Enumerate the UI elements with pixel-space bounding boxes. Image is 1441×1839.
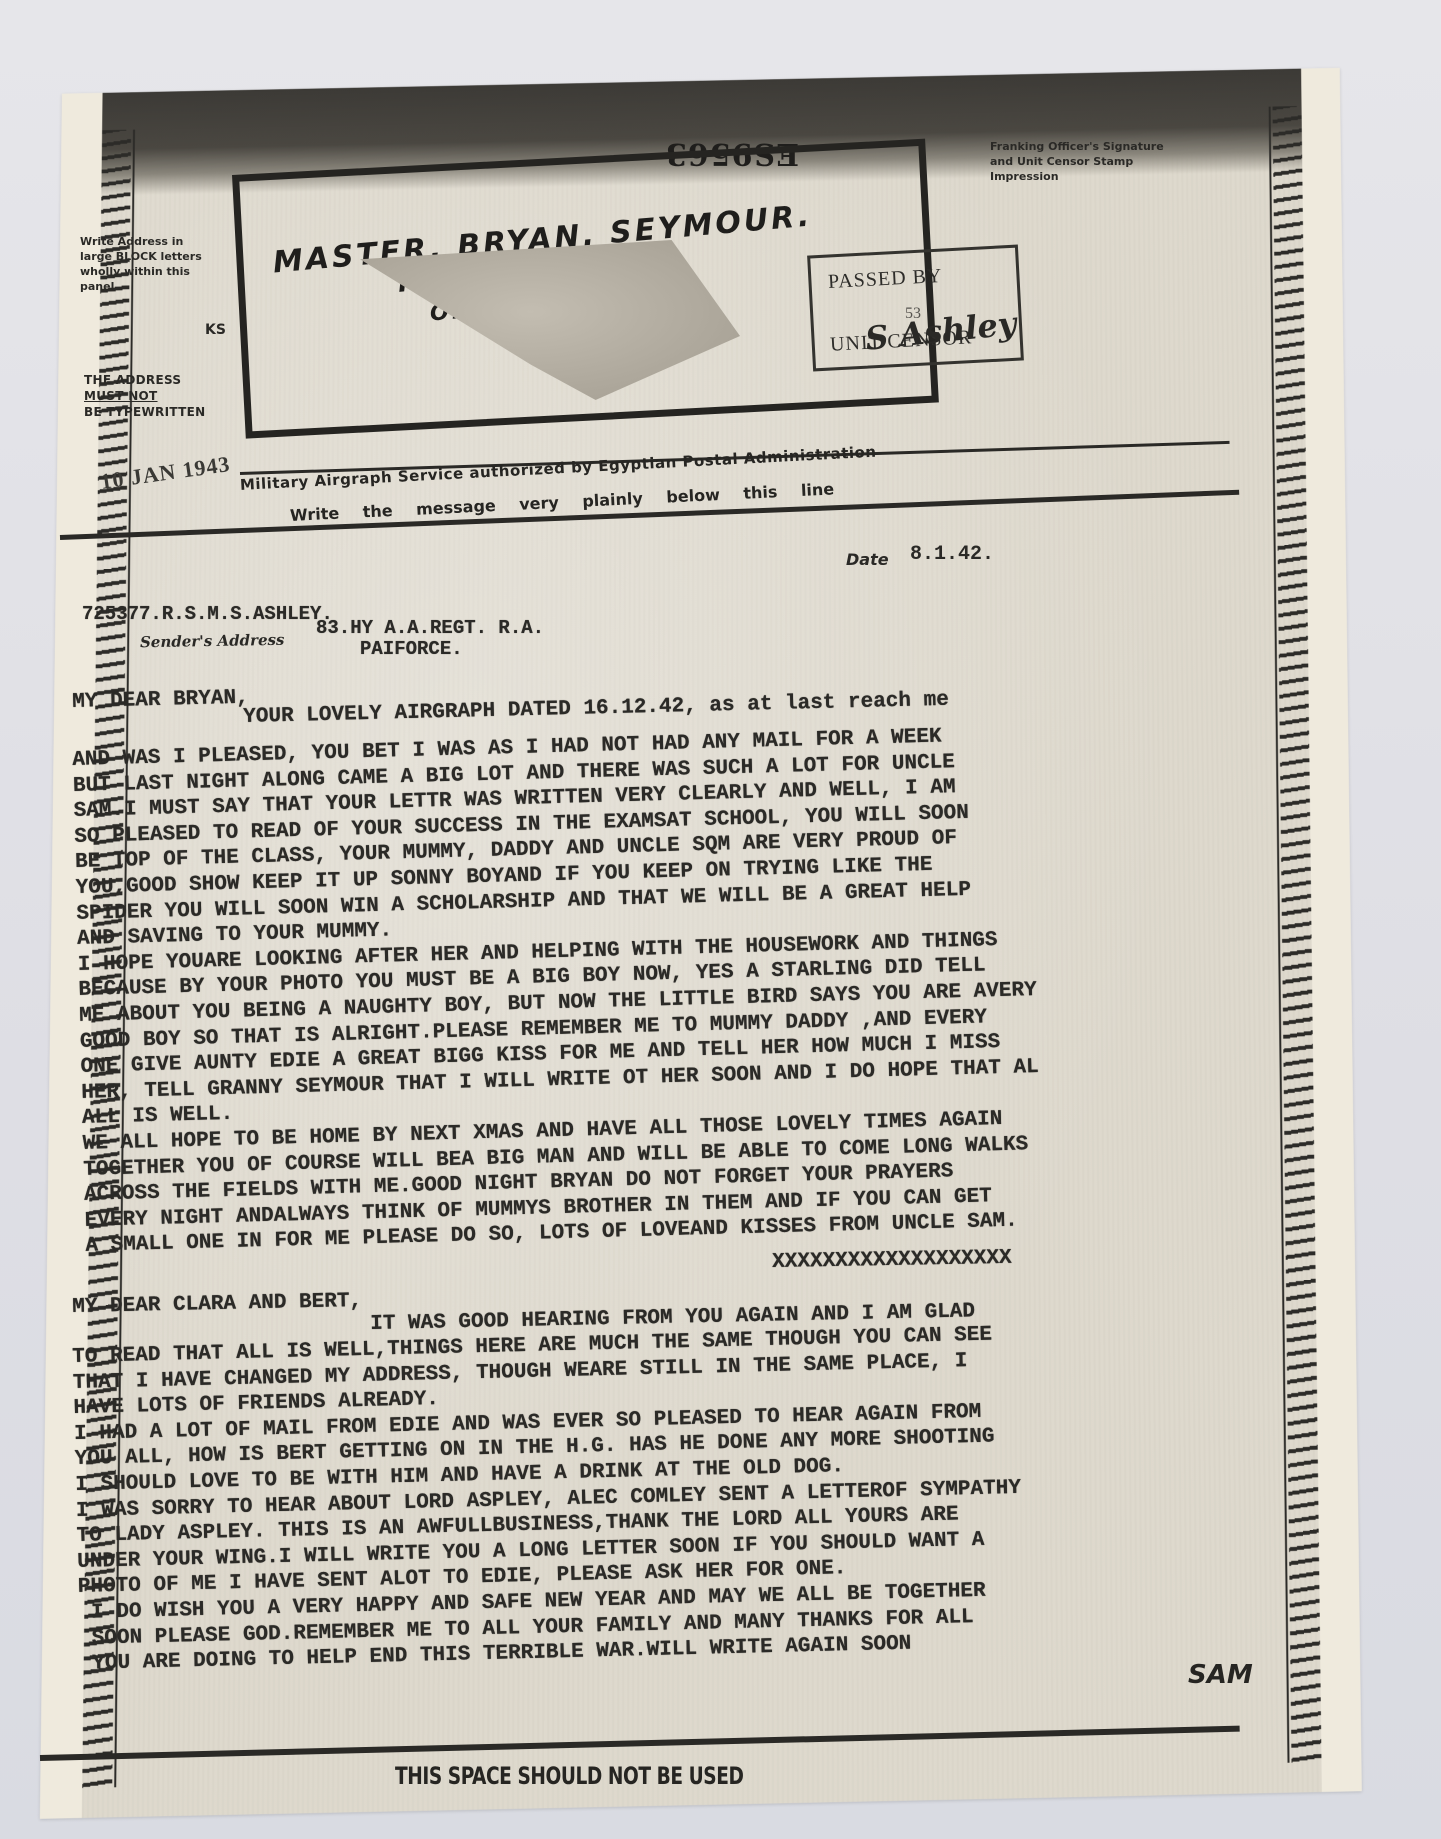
greeting-text: MY DEAR BRYAN, <box>72 686 249 716</box>
sender-address-line: 725377.R.S.M.S.ASHLEY. <box>82 603 333 625</box>
letter-greeting-bryan: MY DEAR BRYAN, <box>72 686 249 716</box>
date-label: Date <box>846 550 889 569</box>
sender-address-line: 83.HY A.A.REGT. R.A. <box>316 617 544 639</box>
address-instructions: Write Address in large BLOCK letters who… <box>80 235 210 294</box>
letter-body-clara-bert: TO READ THAT ALL IS WELL,THINGS HERE ARE… <box>72 1322 1025 1678</box>
address-warning-line: MUST NOT <box>84 388 224 404</box>
letter-body-bryan: AND WAS I PLEASED, YOU BET I WAS AS I HA… <box>72 722 1043 1260</box>
address-warning-must-not: MUST NOT <box>84 389 158 403</box>
sender-address-label: Sender's Address <box>140 631 285 652</box>
letter-kisses: XXXXXXXXXXXXXXXXXXX <box>772 1246 1012 1276</box>
kisses-text: XXXXXXXXXXXXXXXXXXX <box>772 1246 1012 1276</box>
address-warning-line: BE TYPEWRITTEN <box>84 404 224 420</box>
franking-instructions: Franking Officer's Signature and Unit Ce… <box>990 140 1170 185</box>
address-note-mark: KS <box>205 322 226 338</box>
address-warning-line: THE ADDRESS <box>84 372 224 388</box>
letter-date: 8.1.42. <box>910 543 994 566</box>
letter-signature: SAM <box>1188 1660 1253 1690</box>
address-warning: THE ADDRESS MUST NOT BE TYPEWRITTEN <box>84 372 224 421</box>
sender-address-line: PAIFORCE. <box>360 638 463 660</box>
footer-note: THIS SPACE SHOULD NOT BE USED <box>395 1762 744 1790</box>
